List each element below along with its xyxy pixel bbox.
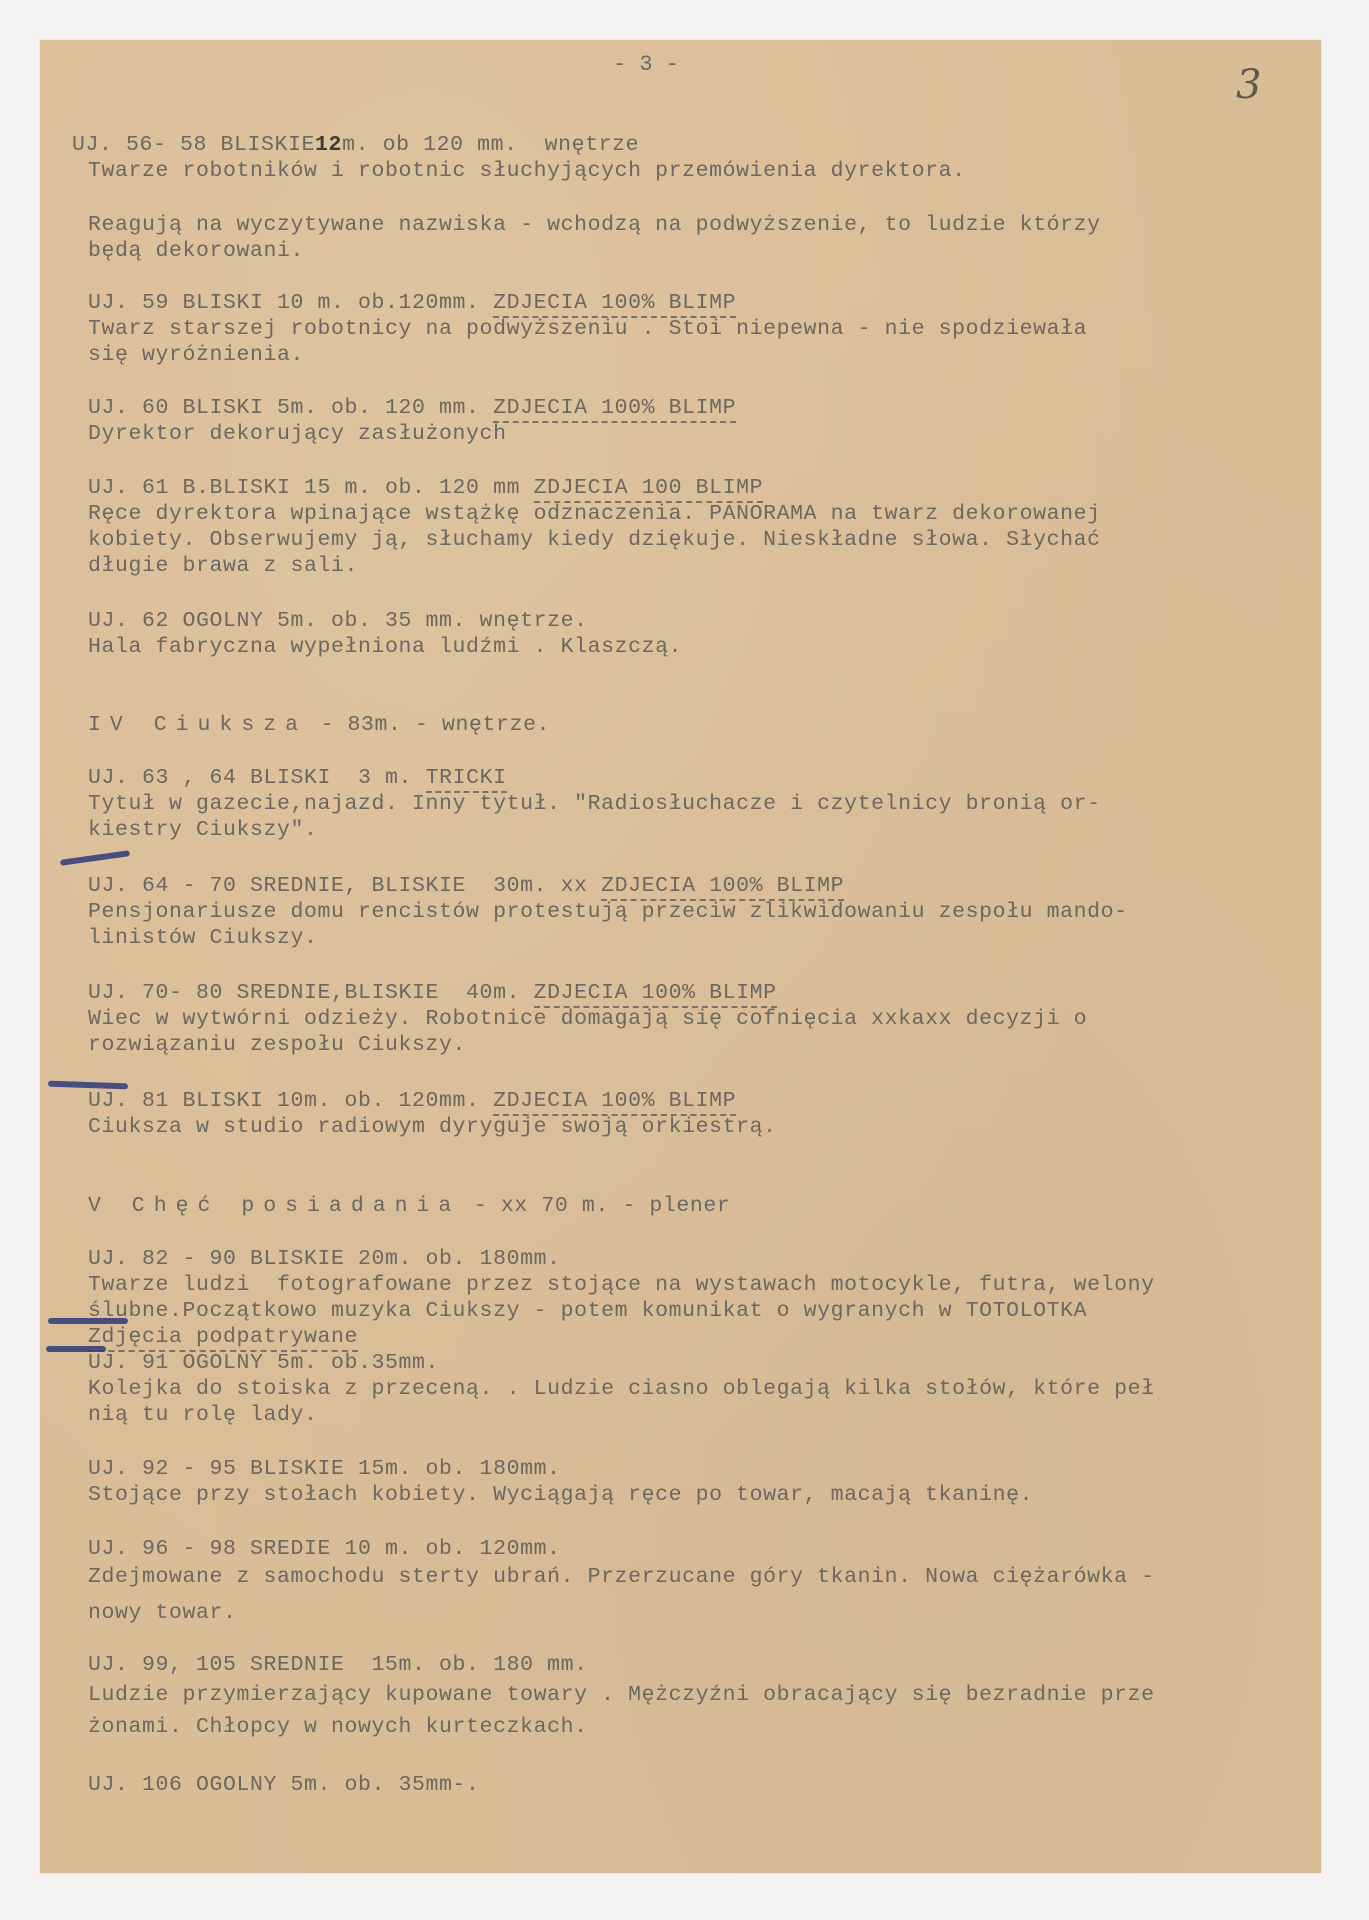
shot-header-82-90: UJ. 82 - 90 BLISKIE 20m. ob. 180mm. [88, 1246, 561, 1273]
shot-description-line: Tytuł w gazecie,najazd. Inny tytuł. "Rad… [88, 791, 1101, 818]
shot-description-line: nią tu rolę lady. [88, 1402, 318, 1429]
shot-header-62: UJ. 62 OGOLNY 5m. ob. 35 mm. wnętrze. [88, 608, 588, 635]
shot-description-line: Stojące przy stołach kobiety. Wyciągają … [88, 1482, 1033, 1509]
section-v-heading: V Chęć posiadania - xx 70 m. - plener [88, 1193, 730, 1220]
blimp-note: ZDJECIA 100% BLIMP [493, 291, 736, 318]
shot-header-81: UJ. 81 BLISKI 10m. ob. 120mm. ZDJECIA 10… [88, 1088, 736, 1115]
shot-description-line: Ciuksza w studio radiowym dyryguje swoją… [88, 1114, 777, 1141]
shot-description-line: długie brawa z sali. [88, 553, 358, 580]
blimp-note: ZDJECIA 100 BLIMP [534, 476, 764, 503]
shot-description-line: Ludzie przymierzający kupowane towary . … [88, 1682, 1155, 1709]
blimp-note: ZDJECIA 100% BLIMP [493, 396, 736, 423]
shot-header-99-105: UJ. 99, 105 SREDNIE 15m. ob. 180 mm. [88, 1652, 588, 1679]
shot-description-line: żonami. Chłopcy w nowych kurteczkach. [88, 1714, 588, 1741]
shot-header-106: UJ. 106 OGOLNY 5m. ob. 35mm-. [88, 1772, 480, 1799]
shot-description-line: kobiety. Obserwujemy ją, słuchamy kiedy … [88, 527, 1101, 554]
shot-description-line: Ręce dyrektora wpinające wstążkę odznacz… [88, 501, 1101, 528]
shot-header-60: UJ. 60 BLISKI 5m. ob. 120 mm. ZDJECIA 10… [88, 395, 736, 422]
blimp-note: ZDJECIA 100% BLIMP [601, 874, 844, 901]
tricks-note: TRICKI [426, 766, 507, 793]
shot-header-56-58: UJ. 56- 58 BLISKIE12m. ob 120 mm. wnętrz… [72, 132, 639, 159]
shot-description-line: Twarz starszej robotnicy na podwyższeniu… [88, 316, 1087, 343]
shot-description-line: Dyrektor dekorujący zasłużonych [88, 421, 507, 448]
shot-header-96-98: UJ. 96 - 98 SREDIE 10 m. ob. 120mm. [88, 1536, 561, 1563]
shot-description-line: się wyróżnienia. [88, 342, 304, 369]
shot-header-61: UJ. 61 B.BLISKI 15 m. ob. 120 mm ZDJECIA… [88, 475, 763, 502]
shot-description-line: Wiec w wytwórni odzieży. Robotnice domag… [88, 1006, 1087, 1033]
shot-description-line: nowy towar. [88, 1600, 237, 1627]
shot-header-63-64: UJ. 63 , 64 BLISKI 3 m. TRICKI [88, 765, 507, 792]
shot-description-line: Twarze ludzi fotografowane przez stojące… [88, 1272, 1155, 1299]
shot-description-line: linistów Ciukszy. [88, 925, 318, 952]
shot-description-line: Zdejmowane z samochodu sterty ubrań. Prz… [88, 1564, 1155, 1591]
shot-header-91: UJ. 91 OGOLNY 5m. ob.35mm. [88, 1350, 439, 1377]
blimp-note: ZDJECIA 100% BLIMP [534, 981, 777, 1008]
shot-header-70-80: UJ. 70- 80 SREDNIE,BLISKIE 40m. ZDJECIA … [88, 980, 777, 1007]
shot-description-line: Kolejka do stoiska z przeceną. . Ludzie … [88, 1376, 1155, 1403]
page-number: - 3 - [613, 52, 679, 77]
handwritten-folio-number: 3 [1236, 62, 1261, 108]
blimp-note: ZDJECIA 100% BLIMP [493, 1089, 736, 1116]
shot-description-line: Twarze robotników i robotnic słuchyjącyc… [88, 158, 966, 185]
shot-header-64-70: UJ. 64 - 70 SREDNIE, BLISKIE 30m. xx ZDJ… [88, 873, 844, 900]
section-iv-heading: IV Ciuksza - 83m. - wnętrze. [88, 712, 550, 739]
shot-description-line: ślubne.Początkowo muzyka Ciukszy - potem… [88, 1298, 1087, 1325]
shot-description-line: będą dekorowani. [88, 238, 304, 265]
shot-description-line: Pensjonariusze domu rencistów protestują… [88, 899, 1128, 926]
shot-description-line: Reagują na wyczytywane nazwiska - wchodz… [88, 212, 1101, 239]
note-line: Zdjęcia podpatrywane [88, 1324, 358, 1351]
shot-description-line: kiestry Ciukszy". [88, 817, 318, 844]
shot-description-line: Hala fabryczna wypełniona ludźmi . Klasz… [88, 634, 682, 661]
shot-header-59: UJ. 59 BLISKI 10 m. ob.120mm. ZDJECIA 10… [88, 290, 736, 317]
shot-header-92-95: UJ. 92 - 95 BLISKIE 15m. ob. 180mm. [88, 1456, 561, 1483]
shot-description-line: rozwiązaniu zespołu Ciukszy. [88, 1032, 466, 1059]
